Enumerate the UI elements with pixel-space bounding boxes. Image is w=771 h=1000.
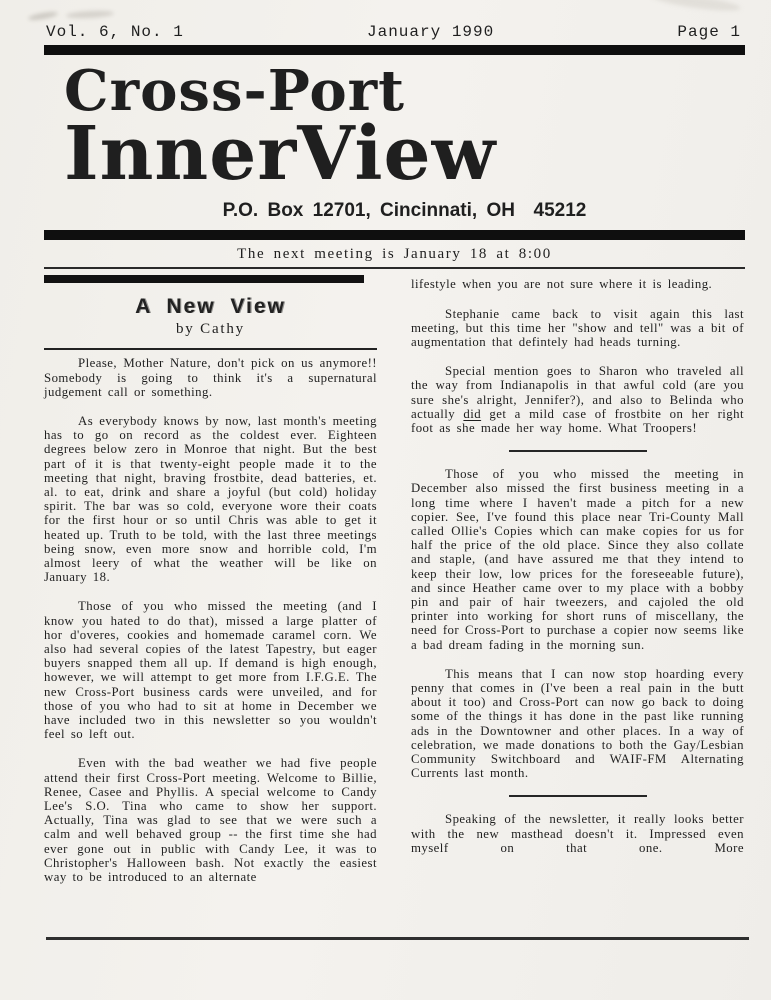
scan-smudge-artifact — [651, 0, 742, 14]
page-number: Page 1 — [677, 22, 741, 42]
header-rule-bar — [44, 45, 745, 55]
scan-smudge-artifact — [28, 10, 59, 21]
underlined-word: did — [463, 407, 481, 421]
issue-date: January 1990 — [367, 22, 494, 42]
page-header: Vol. 6, No. 1 January 1990 Page 1 — [44, 22, 745, 42]
masthead-rule-bar — [44, 230, 745, 240]
paragraph: Stephanie came back to visit again this … — [411, 307, 744, 350]
paragraph: Speaking of the newsletter, it really lo… — [411, 812, 744, 855]
byline-rule — [44, 348, 377, 350]
right-column: lifestyle when you are not sure where it… — [411, 275, 744, 899]
paragraph-continuation: lifestyle when you are not sure where it… — [411, 277, 744, 291]
left-column: A New View by Cathy Please, Mother Natur… — [44, 275, 377, 899]
paragraph: Please, Mother Nature, don't pick on us … — [44, 356, 377, 399]
paragraph: Even with the bad weather we had five pe… — [44, 756, 377, 884]
paragraph: As everybody knows by now, last month's … — [44, 414, 377, 584]
article-top-bar — [44, 275, 364, 283]
paragraph: Those of you who missed the meeting in D… — [411, 467, 744, 652]
article-byline: by Cathy — [44, 321, 377, 338]
paragraph: Special mention goes to Sharon who trave… — [411, 364, 744, 435]
section-divider-rule — [509, 795, 647, 797]
masthead-address: P.O. Box 12701, Cincinnati, OH 45212 — [64, 201, 745, 221]
article-columns: A New View by Cathy Please, Mother Natur… — [44, 275, 745, 899]
meeting-notice: The next meeting is January 18 at 8:00 — [44, 240, 745, 267]
scan-smudge-artifact — [66, 10, 114, 20]
notice-rule — [44, 267, 745, 269]
paragraph: Those of you who missed the meeting (and… — [44, 599, 377, 741]
masthead: Cross-Port InnerView P.O. Box 12701, Cin… — [44, 63, 745, 221]
section-divider-rule — [509, 450, 647, 452]
newsletter-title-line2: InnerView — [64, 119, 745, 189]
volume-label: Vol. 6, No. 1 — [46, 22, 184, 42]
paragraph: This means that I can now stop hoarding … — [411, 667, 744, 781]
page-bottom-rule — [46, 937, 749, 940]
newsletter-page: Vol. 6, No. 1 January 1990 Page 1 Cross-… — [0, 0, 771, 1000]
article-title: A New View — [44, 295, 377, 319]
